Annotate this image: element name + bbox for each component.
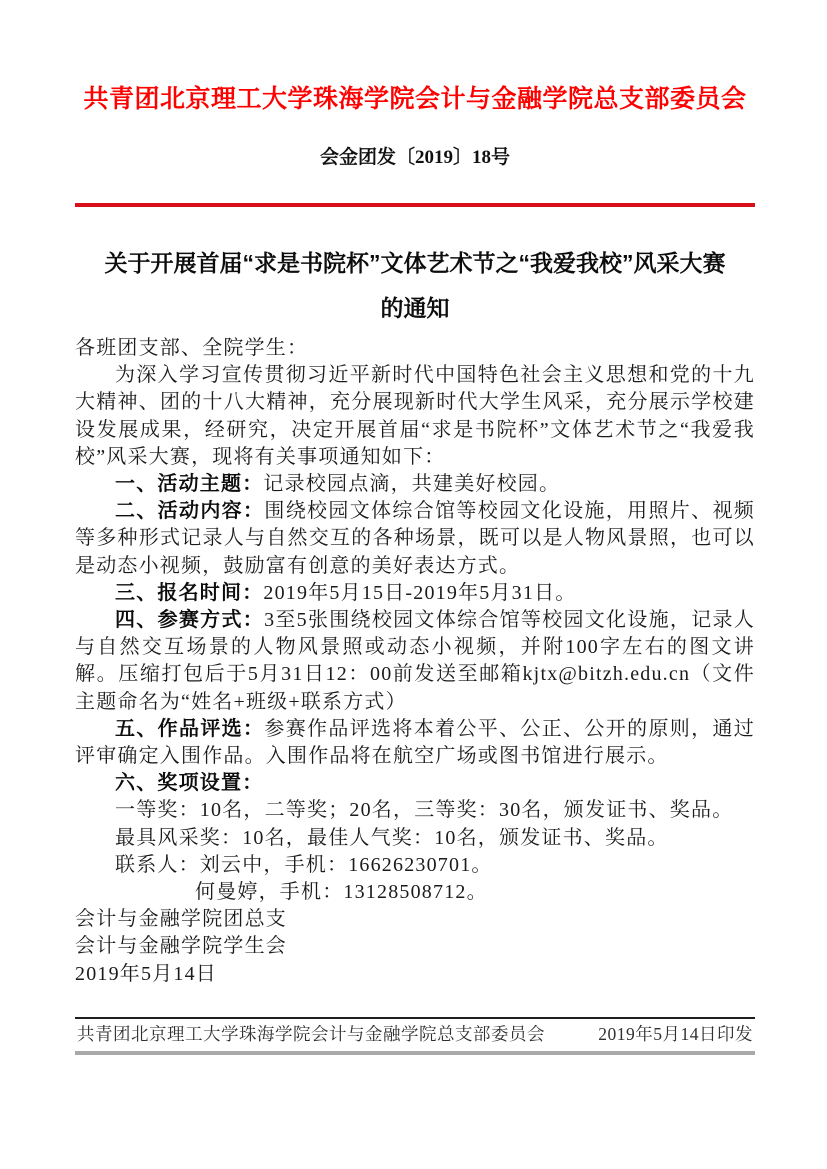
section-text: 2019年5月15日-2019年5月31日。 [263,582,576,604]
section-label: 三、报名时间： [115,582,263,604]
issuer-header: 共青团北京理工大学珠海学院会计与金融学院总支部委员会 [75,84,755,114]
document-number: 会金团发〔2019〕18号 [75,145,755,170]
salutation: 各班团支部、全院学生： [75,335,755,362]
signature-org-2: 会计与金融学院学生会 [75,933,755,960]
section-label: 四、参赛方式： [115,609,264,631]
document-content: 共青团北京理工大学珠海学院会计与金融学院总支部委员会 会金团发〔2019〕18号… [75,0,755,988]
section-label: 六、奖项设置： [115,772,263,794]
footer-print-date: 2019年5月14日印发 [598,1022,753,1047]
section-activity-content: 二、活动内容：围绕校园文体综合馆等校园文化设施，用照片、视频等多种形式记录人与自… [75,498,755,580]
intro-paragraph: 为深入学习宣传贯彻习近平新时代中国特色社会主义思想和党的十九大精神、团的十八大精… [75,362,755,471]
document-page: 共青团北京理工大学珠海学院会计与金融学院总支部委员会 会金团发〔2019〕18号… [0,0,827,1169]
signature-org-1: 会计与金融学院团总支 [75,906,755,933]
section-activity-theme: 一、活动主题：记录校园点滴，共建美好校园。 [75,471,755,498]
section-registration-time: 三、报名时间：2019年5月15日-2019年5月31日。 [75,580,755,607]
section-label: 一、活动主题： [115,473,263,495]
document-footer: 共青团北京理工大学珠海学院会计与金融学院总支部委员会 2019年5月14日印发 [75,1017,755,1055]
document-title-line-2: 的通知 [75,286,755,331]
section-entry-method: 四、参赛方式：3至5张围绕校园文体综合馆等校园文化设施，记录人与自然交互场景的人… [75,607,755,716]
signature-date: 2019年5月14日 [75,961,755,988]
section-awards-setup: 六、奖项设置： [75,770,755,797]
contact-line-2: 何曼婷，手机：13128508712。 [75,879,755,906]
document-title: 关于开展首届“求是书院杯”文体艺术节之“我爱我校”风采大赛 的通知 [75,241,755,331]
section-work-evaluation: 五、作品评选：参赛作品评选将本着公平、公正、公开的原则，通过评审确定入围作品。入… [75,716,755,770]
section-label: 二、活动内容： [115,500,264,522]
section-text: 记录校园点滴，共建美好校园。 [263,473,560,495]
footer-imprint-row: 共青团北京理工大学珠海学院会计与金融学院总支部委员会 2019年5月14日印发 [75,1019,755,1051]
awards-line-2: 最具风采奖：10名，最佳人气奖：10名，颁发证书、奖品。 [75,825,755,852]
section-label: 五、作品评选： [115,718,264,740]
document-title-line-1: 关于开展首届“求是书院杯”文体艺术节之“我爱我校”风采大赛 [75,241,755,286]
document-body: 各班团支部、全院学生： 为深入学习宣传贯彻习近平新时代中国特色社会主义思想和党的… [75,335,755,988]
footer-bottom-rule [75,1051,755,1055]
signature-block: 会计与金融学院团总支 会计与金融学院学生会 2019年5月14日 [75,906,755,988]
awards-line-1: 一等奖：10名，二等奖；20名，三等奖：30名，颁发证书、奖品。 [75,797,755,824]
footer-issuer: 共青团北京理工大学珠海学院会计与金融学院总支部委员会 [77,1022,545,1047]
contact-line-1: 联系人：刘云中，手机：16626230701。 [75,852,755,879]
red-divider-rule [75,203,755,207]
